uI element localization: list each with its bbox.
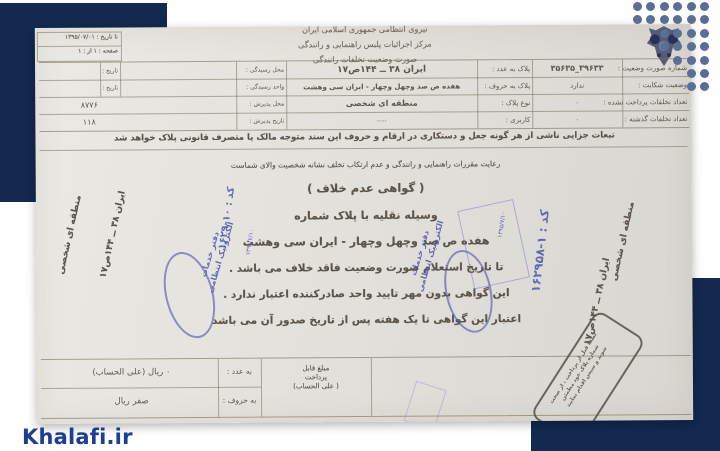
dot xyxy=(700,29,709,38)
dot xyxy=(673,56,682,65)
process-label: واحد رسیدگی : xyxy=(238,79,284,95)
dot xyxy=(646,2,655,11)
dot xyxy=(687,82,696,91)
dot xyxy=(646,15,655,24)
plate-value-words: هفده ص صد وچهل وچهار - ایران سی وهشت xyxy=(288,78,475,95)
status-value: ۰ xyxy=(534,94,620,111)
dot xyxy=(660,42,669,51)
status-value: ۰ xyxy=(534,111,620,128)
certificate-line-validity: اعتبار این گواهی تا یک هفته پس از تاریخ … xyxy=(67,312,667,328)
date-cell-label: تاریخ : xyxy=(98,80,122,96)
dot xyxy=(687,42,696,51)
forgery-warning-text: تبعات جزایی ناشی از هر گونه جعل و دستکار… xyxy=(39,130,689,144)
payment-words-value: صفر ریال xyxy=(49,393,214,410)
dot xyxy=(660,29,669,38)
dot xyxy=(673,2,682,11)
process-label: محل پذیرش : xyxy=(238,96,284,112)
dot xyxy=(700,56,709,65)
dot xyxy=(687,69,696,78)
status-label: تعداد تخلفات گذشته : xyxy=(624,111,687,127)
payment-words-label: به حروف : xyxy=(220,393,259,409)
corner-date-box: تا تاریخ : ۱۳۹۵/۰۷/۰۱ صفحه : ۱ از : ۱ xyxy=(37,31,122,62)
dot xyxy=(687,2,696,11)
plate-label: کاربری : xyxy=(479,112,530,128)
certificate-line-plate-words: هفده ص صد وچهل وچهار - ایران سی وهشت xyxy=(66,233,666,250)
dot-grid-decoration xyxy=(633,2,715,96)
khalafi-logo-link[interactable]: Khalafi.ir xyxy=(22,425,133,449)
violation-certificate-photo: نیروی انتظامی جمهوری اسلامی ایران مرکز ا… xyxy=(35,24,693,424)
process-number: ۱۱۸ xyxy=(49,114,129,130)
date-cell-label: تاریخ : xyxy=(98,63,122,79)
dot xyxy=(673,15,682,24)
dot xyxy=(700,82,709,91)
process-label: محل رسیدگی : xyxy=(238,62,284,78)
status-label: تعداد تخلفات پرداخت نشده : xyxy=(624,94,687,110)
payment-numeric-value: ۰ ریال (علی الحساب) xyxy=(49,364,214,381)
certificate-line-seal-required: این گواهی بدون مهر تایید واحد صادرکننده … xyxy=(66,286,666,302)
dot xyxy=(633,2,642,11)
dot xyxy=(700,69,709,78)
status-value: ۳۹۶۳۳_۳۵۶۳۵ xyxy=(534,60,620,77)
dot xyxy=(660,2,669,11)
corner-to-date: تا تاریخ : ۱۳۹۵/۰۷/۰۱ xyxy=(40,34,118,41)
dot xyxy=(700,42,709,51)
corner-page: صفحه : ۱ از : ۱ xyxy=(40,47,118,54)
certificate-title: ( گواهی عدم خلاف ) xyxy=(66,179,666,197)
status-value: ندارد xyxy=(534,77,620,94)
plate-label: پلاک به حروف : xyxy=(479,78,530,94)
certificate-line-no-violation: تا تاریخ استعلام صورت وضعیت فاقد خلاف می… xyxy=(66,260,666,276)
plate-label: نوع پلاک : xyxy=(479,95,530,111)
dot xyxy=(687,56,696,65)
payment-numeric-label: به عدد : xyxy=(220,364,259,380)
dot xyxy=(700,15,709,24)
process-number: ۸۷۷۶ xyxy=(49,97,129,113)
certificate-line-vehicle: وسیله نقلیه با پلاک شماره xyxy=(66,207,666,224)
payment-amount-label: مبلغ قابل پرداخت ( علی الحساب) xyxy=(263,364,369,392)
dot xyxy=(687,15,696,24)
dot xyxy=(687,29,696,38)
dot xyxy=(633,15,642,24)
status-table: شماره صورت وضعیت : وضعیت شکایت : تعداد ت… xyxy=(39,58,689,132)
process-label: تاریخ پذیرش : xyxy=(238,113,284,129)
dot xyxy=(700,2,709,11)
plate-value-usage: ---- xyxy=(288,112,475,129)
dot xyxy=(673,42,682,51)
payment-amount-label-l3: ( علی الحساب) xyxy=(263,382,369,392)
plate-value-numeric: ایران ۳۸ ــ ۱۴۴ص۱۷ xyxy=(288,61,475,78)
motto-line: رعایت مقررات راهنمایی و رانندگی و عدم ار… xyxy=(66,158,666,171)
dot xyxy=(660,15,669,24)
plate-value-type: منطقه ای شخصی xyxy=(288,95,475,112)
dot xyxy=(673,29,682,38)
plate-label: پلاک به عدد : xyxy=(479,61,530,77)
